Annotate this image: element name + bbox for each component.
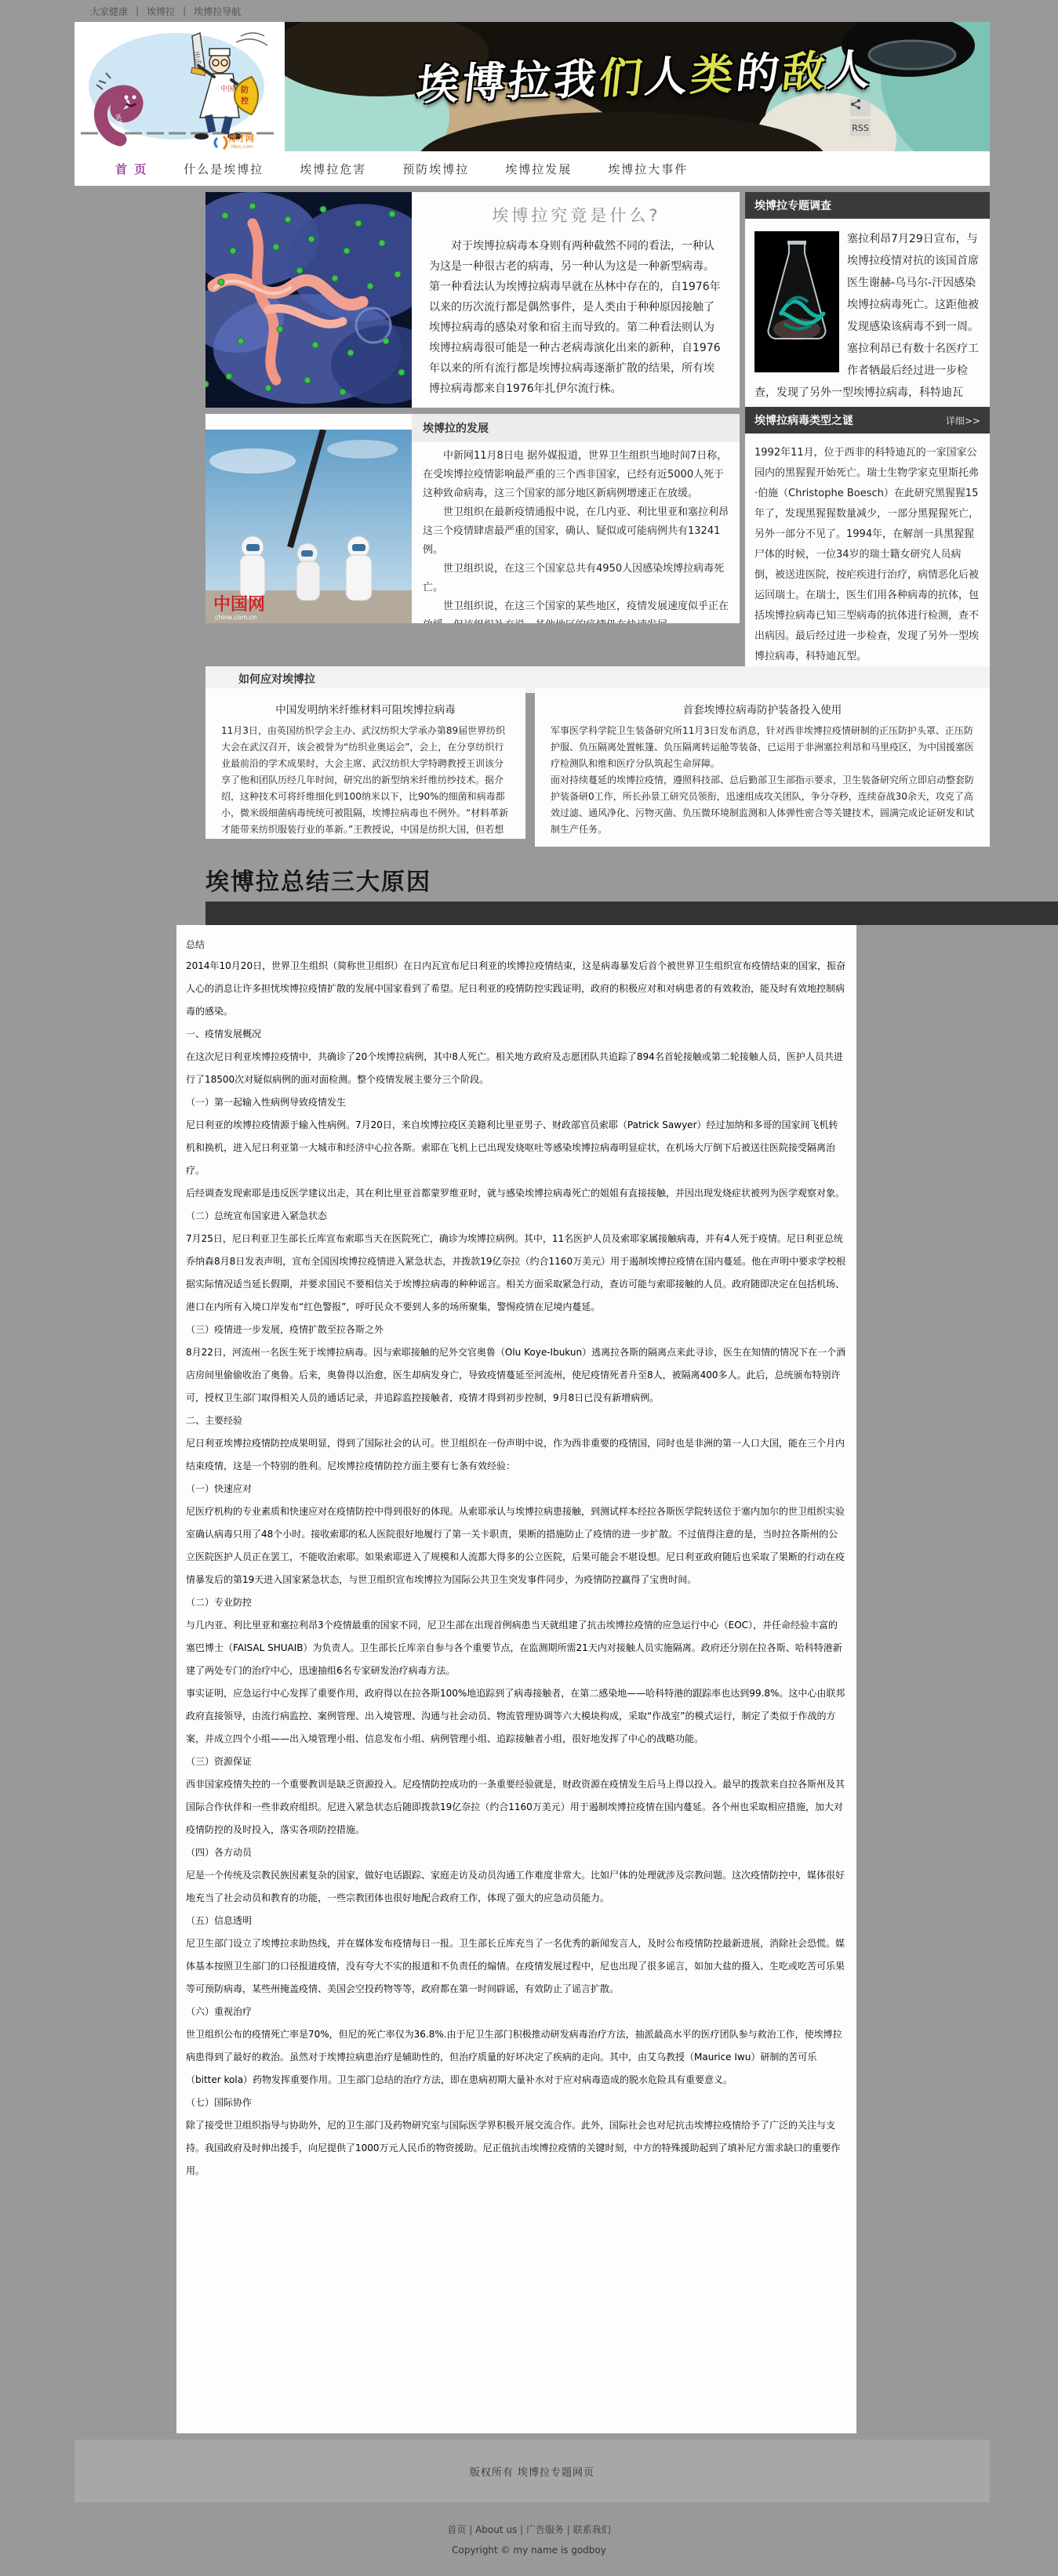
article-paragraph: 一、疫情发展概况 xyxy=(186,1023,847,1046)
article-paragraph: 二、主要经验 xyxy=(186,1410,847,1432)
paragraph: 世卫组织说，在这三个国家的某些地区，疫情发展速度似乎正在放缓，但该组织补充说，其… xyxy=(423,597,729,623)
coat-label: 中国 xyxy=(220,84,235,93)
article-paragraph: （一）第一起输入性病例导致疫情发生 xyxy=(186,1091,847,1114)
shield-label: 防 xyxy=(241,85,249,95)
paragraph: 11月3日，由英国纺织学会主办、武汉纺织大学承办第89届世界纺织大会在武汉召开，… xyxy=(221,723,510,839)
article-paragraph: 世卫组织公布的疫情死亡率是70%，但尼的死亡率仅为36.8%.由于尼卫生部门积极… xyxy=(186,2023,847,2092)
sidebar-survey-section: 埃博拉专题调查 塞拉利昂7月29日宣布，与埃博拉疫情对抗的该国首席医生谢赫-乌马… xyxy=(745,192,990,409)
article-paragraph: 2014年10月20日，世界卫生组织（简称世卫组织）在日内瓦宣布尼日利亚的埃博拉… xyxy=(186,955,847,1023)
article-paragraph: 尼是一个传统及宗教民族因素复杂的国家，做好电话跟踪、家庭走访及动员沟通工作难度非… xyxy=(186,1864,847,1910)
article-paragraph: 尼日利亚埃博拉疫情防控成果明显，得到了国际社会的认可。世卫组织在一份声明中说，作… xyxy=(186,1432,847,1478)
article-paragraph: 在这次尼日利亚埃博拉疫情中，共确诊了20个埃博拉病例，其中8人死亡。相关地方政府… xyxy=(186,1046,847,1091)
article-paragraph: 7月25日，尼日利亚卫生部长丘库宣布索耶当天在医院死亡，确诊为埃博拉病例。其中，… xyxy=(186,1228,847,1319)
top-link[interactable]: 埃博拉导航 xyxy=(194,5,241,18)
article-paragraph: 除了接受世卫组织指导与协助外，尼的卫生部门及药物研究室与国际医学界积极开展交流合… xyxy=(186,2114,847,2182)
cartoon-logo: 博才网 xyxy=(228,132,254,143)
nav-item[interactable]: 预防埃博拉 xyxy=(402,161,469,177)
nano-fiber-body: 11月3日，由英国纺织学会主办、武汉纺织大学承办第89届世界纺织大会在武汉召开，… xyxy=(221,723,510,839)
sidebar-virus-mystery-section: 埃博拉病毒类型之谜 详细>> 1992年11月，位于西非的科特迪瓦的一家国家公园… xyxy=(745,407,990,675)
hazmat-workers-photo: 中国网 china.com.cn xyxy=(205,430,412,623)
article-paragraph: 尼日利亚的埃博拉疫情源于输入性病例。7月20日，来自埃博拉疫区美籍利比里亚男子、… xyxy=(186,1114,847,1182)
article-paragraph: 事实证明，应急运行中心发挥了重要作用，政府得以在拉各斯100%地追踪到了病毒接触… xyxy=(186,1682,847,1751)
article-paragraph: （五）信息透明 xyxy=(186,1910,847,1932)
mystery-text: 1992年11月，位于西非的科特迪瓦的一家国家公园内的黑猩猩开始死亡。瑞士生物学… xyxy=(745,434,990,675)
article-paragraph: （二）专业防控 xyxy=(186,1591,847,1614)
copyright-strip: 版权所有 埃博拉专题网页 xyxy=(75,2440,990,2502)
protective-gear-news-box: 首套埃博拉病毒防护装备投入使用 军事医学科学院卫生装备研究所11月3日发布消息，… xyxy=(535,688,990,847)
article-paragraph: （七）国际协作 xyxy=(186,2092,847,2114)
footer-link[interactable]: About us xyxy=(475,2524,526,2535)
paragraph: 对于埃博拉病毒本身则有两种截然不同的看法，一种认为这是一种很古老的病毒，另一种认… xyxy=(429,236,724,399)
nano-fiber-title: 中国发明纳米纤维材料可阻埃博拉病毒 xyxy=(221,701,510,717)
article-paragraph: 后经调查发现索耶是违反医学建议出走，其在利比里亚首都蒙罗维亚时，就与感染埃博拉病… xyxy=(186,1182,847,1205)
article-paragraph: 与几内亚、利比里亚和塞拉利昂3个疫情最重的国家不同，尼卫生部在出现首例病患当天就… xyxy=(186,1614,847,1682)
nav-item[interactable]: 首 页 xyxy=(115,161,147,177)
more-link[interactable]: 详细>> xyxy=(946,414,980,427)
nav-item[interactable]: 埃博拉发展 xyxy=(505,161,572,177)
paragraph: 面对持续蔓延的埃博拉疫情，遵照科技部、总后勤部卫生部指示要求，卫生装备研究所立即… xyxy=(551,772,974,838)
mystery-title: 埃博拉病毒类型之谜 xyxy=(754,412,853,428)
article-paragraph: （六）重视治疗 xyxy=(186,2001,847,2023)
article-paragraphs: 2014年10月20日，世界卫生组织（简称世卫组织）在日内瓦宣布尼日利亚的埃博拉… xyxy=(186,955,847,2182)
what-is-body: 对于埃博拉病毒本身则有两种截然不同的看法，一种认为这是一种很古老的病毒，另一种认… xyxy=(429,236,724,399)
article-paragraph: 尼卫生部门设立了埃博拉求助热线，并在媒体发布疫情每日一报。卫生部长丘库充当了一名… xyxy=(186,1932,847,2001)
nano-fiber-news-box: 中国发明纳米纤维材料可阻埃博拉病毒 11月3日，由英国纺织学会主办、武汉纺织大学… xyxy=(205,688,525,839)
footer-links: 首页About us广告服务联系我们 xyxy=(0,2523,1058,2536)
article-paragraph: （二）总统宣布国家进入紧急状态 xyxy=(186,1205,847,1228)
header-banner-photo: 埃博拉我们人类的敌人 RSS xyxy=(285,22,990,151)
what-is-title: 埃博拉究竟是什么? xyxy=(429,203,724,227)
anti-ebola-cartoon-image: 埃博拉 出击 中国 防 控 博才网 hbrc.com xyxy=(75,22,285,151)
development-title: 埃博拉的发展 xyxy=(412,414,740,442)
article-paragraph: 西非国家疫情失控的一个重要教训是缺乏资源投入。尼疫情防控成功的一条重要经验就是，… xyxy=(186,1773,847,1841)
footer-link[interactable]: 广告服务 xyxy=(526,2524,573,2535)
top-link[interactable]: 大家健康 xyxy=(90,5,128,18)
article-intro-label: 总结 xyxy=(186,934,847,955)
footer-link[interactable]: 首页 xyxy=(447,2524,475,2535)
protective-gear-title: 首套埃博拉病毒防护装备投入使用 xyxy=(551,701,974,717)
article-paragraph: 8月22日，河流州一名医生死于埃博拉病毒。因与索耶接触的尼外交官奥鲁（Olu K… xyxy=(186,1341,847,1410)
survey-title: 埃博拉专题调查 xyxy=(754,198,831,213)
nav-item[interactable]: 埃博拉大事件 xyxy=(608,161,688,177)
protective-gear-body: 军事医学科学院卫生装备研究所11月3日发布消息，针对西非埃博拉疫情研制的正压防护… xyxy=(551,723,974,838)
nav-item[interactable]: 埃博拉危害 xyxy=(300,161,366,177)
watermark-text: 中国网 xyxy=(213,594,265,615)
paragraph: 世卫组织在最新疫情通报中说，在几内亚、利比里亚和塞拉利昂这三个疫情肆虐最严重的国… xyxy=(423,503,729,560)
article-paragraph: 尼医疗机构的专业素质和快速应对在疫情防控中得到很好的体现。从索耶承认与埃博拉病患… xyxy=(186,1500,847,1591)
article-heading-bar xyxy=(205,902,1058,925)
footer-copyright: Copyright © my name is godboy xyxy=(0,2545,1058,2556)
svg-text:china.com.cn: china.com.cn xyxy=(215,614,256,621)
footer-link[interactable]: 联系我们 xyxy=(573,2524,611,2535)
article-paragraph: （四）各方动员 xyxy=(186,1841,847,1864)
svg-text:控: 控 xyxy=(240,96,249,106)
article-body: 总结 2014年10月20日，世界卫生组织（简称世卫组织）在日内瓦宣布尼日利亚的… xyxy=(176,925,856,2433)
article-paragraph: （一）快速应对 xyxy=(186,1478,847,1500)
main-nav: 首 页什么是埃博拉埃博拉危害预防埃博拉埃博拉发展埃博拉大事件 xyxy=(75,151,990,186)
top-link[interactable]: 埃博拉 xyxy=(147,5,175,18)
nav-item[interactable]: 什么是埃博拉 xyxy=(184,161,264,177)
article-paragraph: （三）资源保证 xyxy=(186,1751,847,1773)
development-body: 中新网11月8日电 据外媒报道，世界卫生组织当地时间7日称，在受埃博拉疫情影响最… xyxy=(412,442,740,623)
share-icon[interactable] xyxy=(850,99,871,116)
paragraph: 军事医学科学院卫生装备研究所11月3日发布消息，针对西非埃博拉疫情研制的正压防护… xyxy=(551,723,974,772)
article-heading: 埃博拉总结三大原因 xyxy=(205,862,431,897)
article-paragraph: （三）疫情进一步发展，疫情扩散至拉各斯之外 xyxy=(186,1319,847,1341)
flask-virus-model-image xyxy=(754,231,839,372)
paragraph: 中新网11月8日电 据外媒报道，世界卫生组织当地时间7日称，在受埃博拉疫情影响最… xyxy=(423,447,729,503)
ebola-virus-micrograph-image xyxy=(205,192,412,408)
ebola-development-section: 中国网 china.com.cn 埃博拉的发展 中新网11月8日电 据外媒报道，… xyxy=(205,414,740,623)
site-header: 埃博拉 出击 中国 防 控 博才网 hbrc.com xyxy=(75,22,990,151)
top-links-bar: 大家健康|埃博拉|埃博拉导航 xyxy=(75,0,990,22)
rss-icon[interactable]: RSS xyxy=(850,119,871,136)
what-is-ebola-section: 埃博拉究竟是什么? 对于埃博拉病毒本身则有两种截然不同的看法，一种认为这是一种很… xyxy=(205,192,740,408)
paragraph: 世卫组织说，在这三个国家总共有4950人因感染埃博拉病毒死亡。 xyxy=(423,560,729,597)
svg-text:hbrc.com: hbrc.com xyxy=(231,144,253,150)
